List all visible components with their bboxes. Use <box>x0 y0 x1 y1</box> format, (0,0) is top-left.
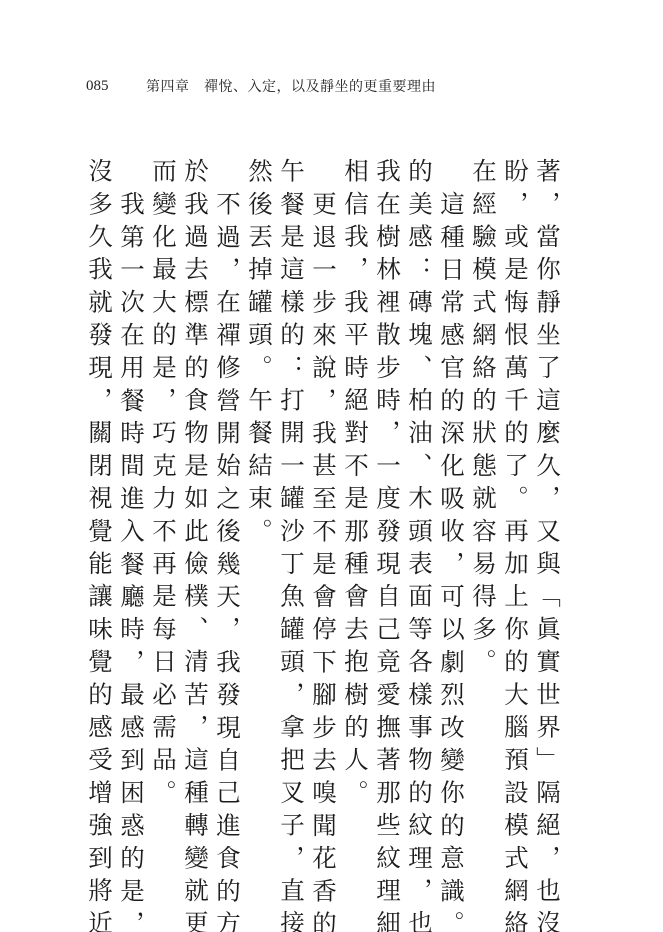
text-column: 沒多久我就發現，關閉視覺能讓味覺的感受增強到將近百分之百。這能帶來崇高的感 <box>83 158 115 858</box>
page-header: 085 第四章 禪悅、入定，以及靜坐的更重要理由 <box>86 76 436 96</box>
text-column: 的美感：磚塊、柏油、木頭表面等各樣事物的紋理，也會變得萬分迷人。禪修營中期， <box>403 158 435 858</box>
text-column: 然後丟掉罐頭。午餐結束。 <box>243 158 275 858</box>
text-column: 這種日常感官的深化吸收，可以劇烈改變你的意識。鳥鳴聽起來會變得更有超現實 <box>435 158 467 858</box>
text-column: 盼，或是悔恨萬千的了。再加上你的大腦預設模式網絡又缺乏可供運作的薪柴，要停留 <box>499 158 531 858</box>
text-column: 不過，在禪修營開始之後幾天，我發現自己進食的方式有了一八〇度的轉變。有鑑 <box>211 158 243 858</box>
text-column: 我第一次在用餐時間進入餐廳時，最感到困惑的是，何以這麼多人都是閉目進食？ <box>115 158 147 858</box>
text-column: 而變化最大的是，巧克力不再是每日必需品。 <box>147 158 179 858</box>
text-column: 午餐是這樣的：打開一罐沙丁魚罐頭，拿把叉子，直接站在廚房水槽前從罐頭中取食， <box>275 158 307 858</box>
page-number: 085 <box>86 78 146 95</box>
chapter-title: 第四章 禪悅、入定，以及靜坐的更重要理由 <box>146 76 436 96</box>
text-column: 於我過去標準的食物是如此儉樸、清苦，這種轉變就更令人驚訝：全素、無市售零食。 <box>179 158 211 858</box>
text-column: 著，當你靜坐了這麼久，又與「眞實世界」隔絕，也沒什麼事情可以憂心煩惱、熱切期 <box>531 158 563 858</box>
text-column: 在經驗模式網絡的狀態就容易得多。 <box>467 158 499 858</box>
body-text: 著，當你靜坐了這麼久，又與「眞實世界」隔絕，也沒什麼事情可以憂心煩惱、熱切期盼，… <box>83 158 563 858</box>
text-column: 我在樹林裡散步時，一度發現自己竟愛撫著那些紋理細緻的樹幹（是眞的愛撫）。而且 <box>371 158 403 858</box>
text-column: 相信我，我平時絕對不是那種會去抱樹的人。 <box>339 158 371 858</box>
text-column: 更退一步來說，我甚至不是會停下腳步去嗅聞花香的那種人。在一般工作日，我的 <box>307 158 339 858</box>
